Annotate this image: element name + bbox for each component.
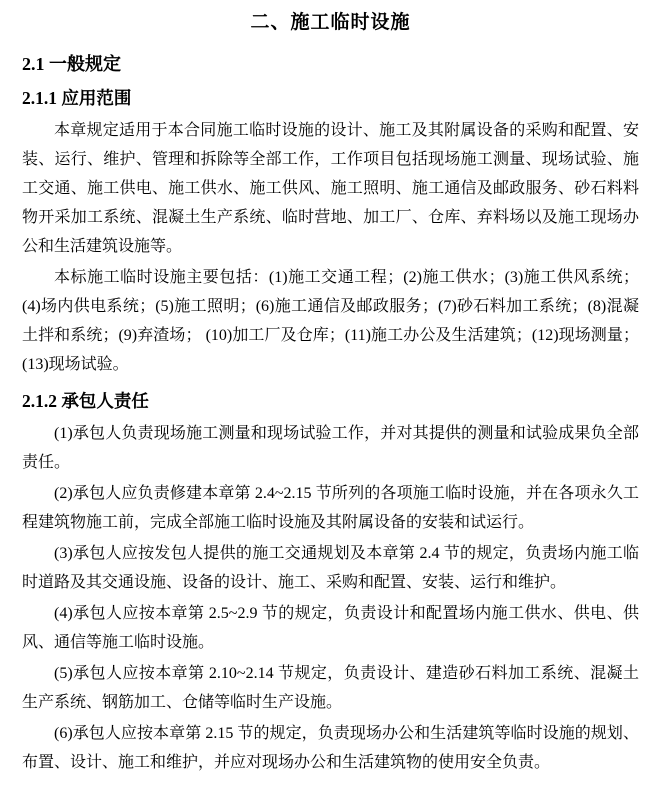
paragraph-contractor-duty-3: (3)承包人应按发包人提供的施工交通规划及本章第 2.4 节的规定，负责场内施工… [22,539,639,597]
paragraph-facility-list: 本标施工临时设施主要包括：(1)施工交通工程；(2)施工供水；(3)施工供风系统… [22,263,639,379]
document-title: 二、施工临时设施 [22,10,639,36]
document-page: 二、施工临时设施 2.1 一般规定 2.1.1 应用范围 本章规定适用于本合同施… [0,0,663,805]
paragraph-scope-overview: 本章规定适用于本合同施工临时设施的设计、施工及其附属设备的采购和配置、安装、运行… [22,116,639,261]
section-heading-2-1: 2.1 一般规定 [22,52,639,76]
paragraph-contractor-duty-6: (6)承包人应按本章第 2.15 节的规定，负责现场办公和生活建筑等临时设施的规… [22,719,639,777]
subsection-heading-2-1-1: 2.1.1 应用范围 [22,86,639,110]
paragraph-contractor-duty-5: (5)承包人应按本章第 2.10~2.14 节规定，负责设计、建造砂石料加工系统… [22,659,639,717]
paragraph-contractor-duty-4: (4)承包人应按本章第 2.5~2.9 节的规定，负责设计和配置场内施工供水、供… [22,599,639,657]
paragraph-contractor-duty-2: (2)承包人应负责修建本章第 2.4~2.15 节所列的各项施工临时设施，并在各… [22,479,639,537]
paragraph-contractor-duty-1: (1)承包人负责现场施工测量和现场试验工作，并对其提供的测量和试验成果负全部责任… [22,419,639,477]
subsection-heading-2-1-2: 2.1.2 承包人责任 [22,389,639,413]
